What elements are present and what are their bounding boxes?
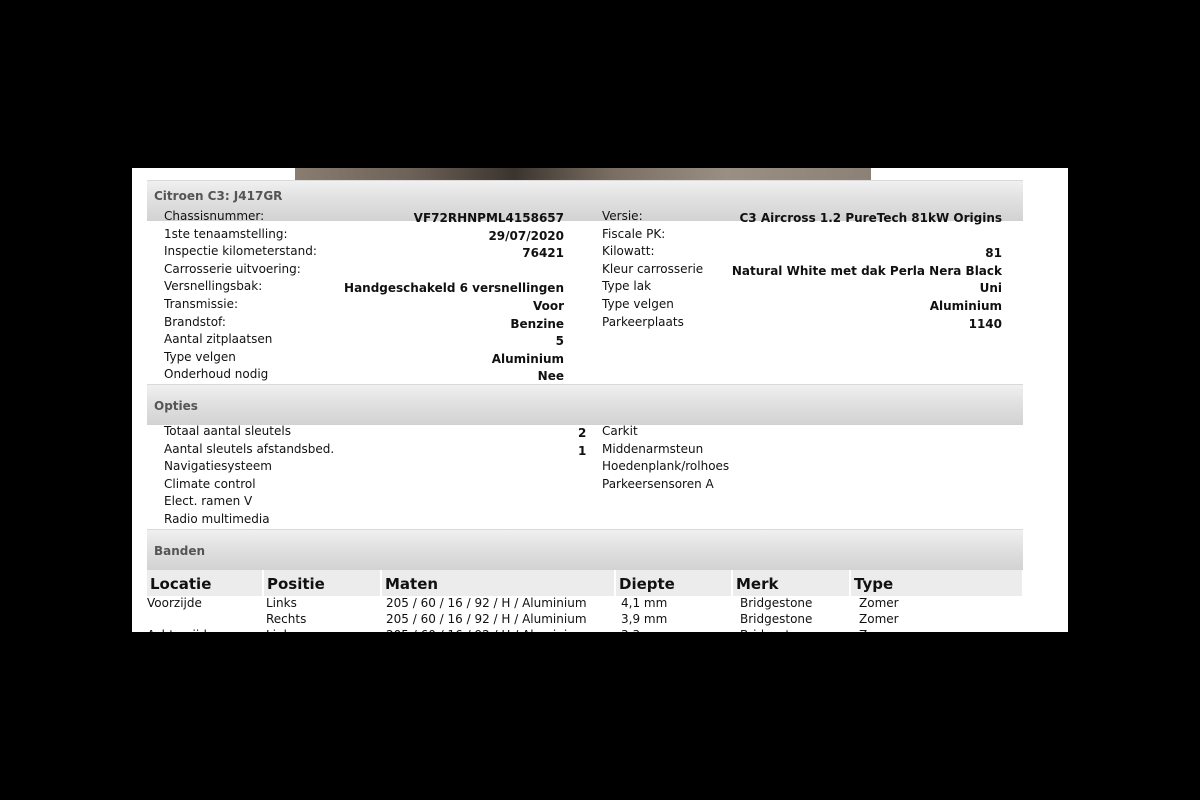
field-label: Type velgen: [602, 297, 674, 311]
tire-cell-locatie: Voorzijde: [147, 596, 202, 610]
options-section-header: Opties: [147, 384, 1023, 425]
vehicle-title: Citroen C3: J417GR: [154, 189, 282, 203]
field-value: Uni: [980, 281, 1002, 295]
option-count: 2: [578, 426, 586, 440]
option-item: Navigatiesysteem: [164, 459, 272, 473]
field-label: Carrosserie uitvoering:: [164, 262, 301, 276]
tire-cell-positie: Rechts: [266, 612, 306, 626]
tire-cell-diepte: 4,1 mm: [621, 596, 667, 610]
field-label: Brandstof:: [164, 315, 226, 329]
tire-cell-maten: 205 / 60 / 16 / 92 / H / Aluminium: [386, 596, 587, 610]
field-label: Inspectie kilometerstand:: [164, 244, 317, 258]
tire-cell-type: Zomer: [859, 596, 899, 610]
table-header-maten: Maten: [382, 570, 614, 596]
field-value: Voor: [533, 299, 564, 313]
field-value: 29/07/2020: [488, 229, 564, 243]
tire-cell-merk: Bridgestone: [740, 596, 812, 610]
field-value: 1140: [969, 317, 1002, 331]
tire-cell-maten: 205 / 60 / 16 / 92 / H / Aluminium: [386, 628, 587, 632]
tire-cell-diepte: 3,3 mm: [621, 628, 667, 632]
tire-cell-positie: Links: [266, 596, 297, 610]
field-label: Parkeerplaats: [602, 315, 684, 329]
option-item: Aantal sleutels afstandsbed.: [164, 442, 334, 456]
field-value: 81: [985, 246, 1002, 260]
table-header-diepte: Diepte: [616, 570, 731, 596]
field-value: VF72RHNPML4158657: [414, 211, 564, 225]
table-header-positie: Positie: [264, 570, 380, 596]
tire-cell-type: Zomer: [859, 628, 899, 632]
tire-cell-positie: Links: [266, 628, 297, 632]
field-value: Nee: [538, 369, 564, 383]
tire-cell-merk: Bridgestone: [740, 628, 812, 632]
field-value: C3 Aircross 1.2 PureTech 81kW Origins: [740, 211, 1003, 225]
field-value: Natural White met dak Perla Nera Black: [732, 264, 1002, 278]
option-item: Hoedenplank/rolhoes: [602, 459, 729, 473]
tire-cell-diepte: 3,9 mm: [621, 612, 667, 626]
option-item: Climate control: [164, 477, 256, 491]
field-value: Handgeschakeld 6 versnellingen: [344, 281, 564, 295]
field-label: Type lak: [602, 279, 651, 293]
option-item: Totaal aantal sleutels: [164, 424, 291, 438]
tire-cell-merk: Bridgestone: [740, 612, 812, 626]
vehicle-report-page: Citroen C3: J417GR Opties Banden Chassis…: [132, 168, 1068, 632]
option-item: Elect. ramen V: [164, 494, 252, 508]
field-label: Fiscale PK:: [602, 227, 665, 241]
field-label: Versnellingsbak:: [164, 279, 262, 293]
option-item: Radio multimedia: [164, 512, 270, 526]
field-label: Aantal zitplaatsen: [164, 332, 272, 346]
tires-title: Banden: [154, 544, 205, 558]
field-value: Benzine: [510, 317, 564, 331]
tire-cell-type: Zomer: [859, 612, 899, 626]
field-value: 76421: [522, 246, 564, 260]
field-label: Type velgen: [164, 350, 236, 364]
table-header-merk: Merk: [733, 570, 849, 596]
tire-cell-locatie: Achterzijde: [147, 628, 214, 632]
field-label: Chassisnummer:: [164, 209, 264, 223]
table-header-type: Type: [851, 570, 1022, 596]
option-item: Carkit: [602, 424, 638, 438]
table-header-locatie: Locatie: [147, 570, 262, 596]
field-label: 1ste tenaamstelling:: [164, 227, 288, 241]
option-count: 1: [578, 444, 586, 458]
field-value: 5: [556, 334, 564, 348]
option-item: Middenarmsteun: [602, 442, 703, 456]
field-label: Transmissie:: [164, 297, 238, 311]
field-value: Aluminium: [930, 299, 1002, 313]
field-value: Aluminium: [492, 352, 564, 366]
field-label: Kilowatt:: [602, 244, 655, 258]
options-title: Opties: [154, 399, 198, 413]
option-item: Parkeersensoren A: [602, 477, 714, 491]
field-label: Kleur carrosserie: [602, 262, 703, 276]
tires-section-header: Banden: [147, 529, 1023, 570]
field-label: Onderhoud nodig: [164, 367, 268, 381]
tire-cell-maten: 205 / 60 / 16 / 92 / H / Aluminium: [386, 612, 587, 626]
field-label: Versie:: [602, 209, 643, 223]
